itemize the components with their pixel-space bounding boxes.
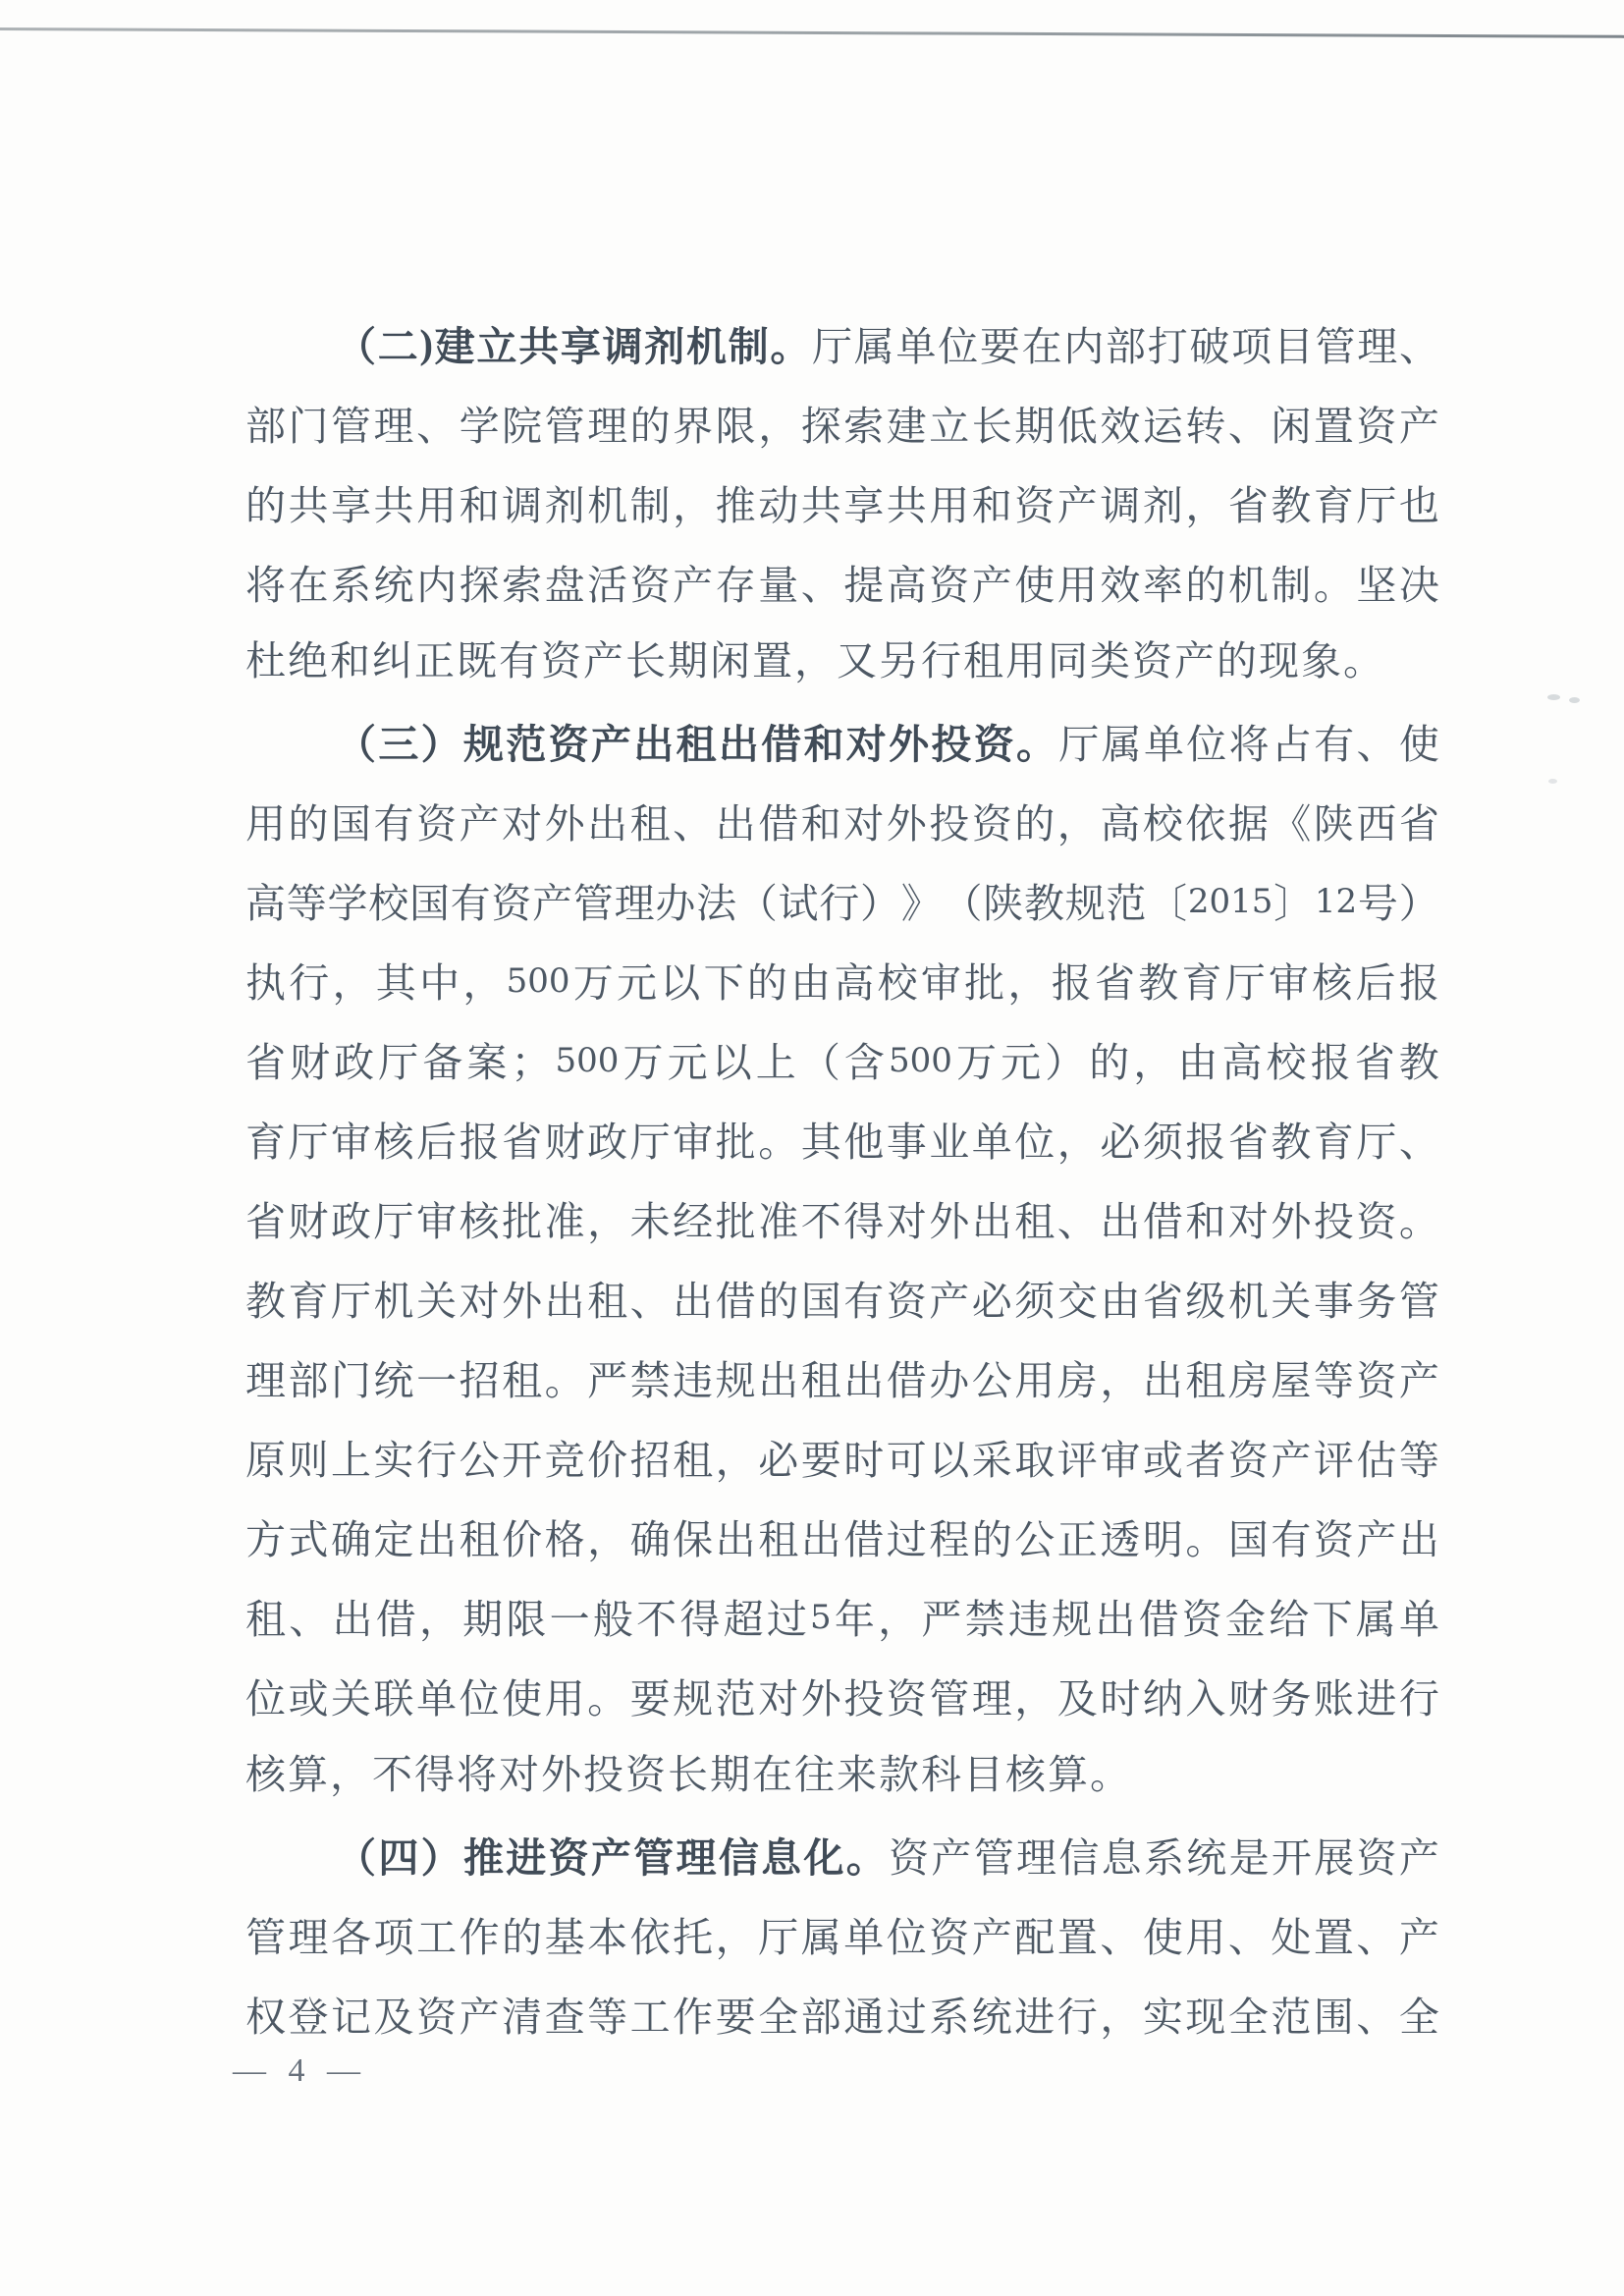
glyph: ， [878, 1587, 918, 1645]
glyph: 禁 [630, 1348, 671, 1406]
glyph: 共 [887, 473, 927, 531]
glyph: 范 [716, 1667, 756, 1724]
glyph: 和 [801, 792, 841, 849]
glyph: 全 [1228, 1985, 1269, 2043]
glyph: 后 [1356, 951, 1396, 1009]
glyph: 、 [1228, 1905, 1269, 1963]
glyph: 租 [677, 712, 717, 770]
glyph: 全 [758, 1985, 798, 2043]
glyph: 正 [1057, 1507, 1098, 1565]
glyph: ， [1133, 1030, 1173, 1088]
glyph: 息 [1102, 1826, 1142, 1884]
glyph: 理 [615, 871, 655, 929]
glyph: 规 [1065, 871, 1106, 929]
glyph: 理 [587, 394, 627, 452]
glyph: 管 [331, 394, 371, 452]
glyph: 用 [929, 473, 969, 531]
glyph: 借 [716, 1269, 756, 1327]
glyph: 、 [1399, 314, 1439, 372]
glyph: 下 [1313, 1587, 1353, 1645]
glyph: 投 [929, 792, 969, 849]
glyph: 则 [289, 1428, 329, 1486]
glyph: 严 [921, 1587, 961, 1645]
glyph: 价 [587, 1428, 627, 1486]
glyph: 价 [502, 1507, 542, 1565]
glyph: 校 [878, 951, 918, 1009]
glyph: 》 [901, 871, 942, 929]
glyph: 教 [1399, 1030, 1439, 1088]
glyph: 用 [1014, 1348, 1055, 1406]
glyph: 管 [1399, 1269, 1439, 1327]
glyph: 厅 [812, 314, 852, 372]
glyph: 政 [334, 1030, 374, 1088]
glyph: 时 [843, 1428, 884, 1486]
glyph: 出 [416, 1507, 457, 1565]
glyph: 息 [761, 1826, 801, 1884]
glyph: 置 [1314, 1905, 1354, 1963]
glyph: 育 [289, 1269, 329, 1327]
glyph: 准 [758, 1189, 798, 1247]
glyph: 学 [327, 871, 367, 929]
glyph: 租 [801, 1348, 841, 1406]
glyph: 属 [1102, 712, 1142, 770]
glyph: 核 [460, 1189, 500, 1247]
glyph: 借 [1143, 1189, 1183, 1247]
glyph: 期 [1014, 394, 1055, 452]
glyph: 等 [1399, 1428, 1439, 1486]
glyph: 要 [980, 314, 1020, 372]
glyph: 位 [1186, 712, 1226, 770]
glyph: 违 [673, 1348, 713, 1406]
glyph: 上 [331, 1428, 371, 1486]
glyph: 产 [591, 1826, 631, 1884]
glyph: 用 [1185, 1905, 1225, 1963]
glyph: 般 [593, 1587, 633, 1645]
glyph: 其 [376, 951, 416, 1009]
glyph: 、 [801, 553, 841, 611]
glyph: 制 [630, 473, 671, 531]
glyph: 批 [716, 1189, 756, 1247]
glyph: 执 [245, 951, 286, 1009]
glyph: 租 [1185, 1348, 1225, 1406]
text-line: 管理各项工作的基本依托，厅属单位资产配置、使用、处置、产 [245, 1894, 1439, 1974]
glyph: 教 [1271, 1110, 1311, 1168]
glyph: 院 [502, 394, 542, 452]
glyph: 由 [1177, 1030, 1218, 1088]
glyph: ） [1045, 1030, 1085, 1088]
glyph: 的 [245, 473, 286, 531]
glyph: 方 [245, 1507, 286, 1565]
glyph: 报 [460, 1110, 500, 1168]
glyph: 有 [843, 1269, 884, 1327]
glyph: 审 [1100, 1428, 1140, 1486]
glyph: 动 [758, 473, 798, 531]
glyph: 办 [655, 871, 695, 929]
glyph: 使 [1399, 712, 1439, 770]
glyph: 、 [630, 1269, 671, 1327]
glyph: 期 [462, 1587, 503, 1645]
glyph: 内 [1063, 314, 1104, 372]
glyph: 信 [1058, 1826, 1099, 1884]
glyph: 门 [331, 1348, 371, 1406]
glyph: 交 [1057, 1269, 1098, 1327]
glyph: 入 [1185, 1667, 1225, 1724]
glyph: 外 [1271, 1189, 1311, 1247]
glyph: 清 [502, 1985, 542, 2043]
glyph: ） [421, 1826, 461, 1884]
glyph: 资 [974, 712, 1014, 770]
glyph: 禁 [965, 1587, 1005, 1645]
glyph: 有 [451, 871, 491, 929]
glyph: 属 [1356, 1587, 1396, 1645]
glyph: 工 [416, 1905, 457, 1963]
glyph: 置 [1057, 1905, 1098, 1963]
glyph: 批 [502, 1189, 542, 1247]
glyph: 处 [1271, 1905, 1311, 1963]
glyph: 或 [289, 1667, 329, 1724]
text-line: 租、出借，期限一般不得超过5年，严禁违规出借资金给下属单 [245, 1576, 1439, 1656]
glyph: 省 [1228, 1110, 1269, 1168]
text-line: 权登记及资产清查等工作要全部通过系统进行，实现全范围、全 [245, 1974, 1439, 2053]
glyph: 时 [1100, 1667, 1140, 1724]
glyph: 在 [1022, 314, 1062, 372]
glyph: 程 [929, 1507, 969, 1565]
scan-edge-line [0, 27, 1624, 38]
glyph: 率 [1143, 553, 1183, 611]
document-text: （二)建立共享调剂机制。厅属单位要在内部打破项目管理、部门管理、学院管理的界限，… [245, 303, 1439, 2053]
glyph: 和 [803, 712, 843, 770]
glyph: 国 [801, 1269, 841, 1327]
glyph: 原 [245, 1428, 286, 1486]
text-line: 将在系统内探索盘活资产存量、提高资产使用效率的机制。坚决 [245, 542, 1439, 622]
glyph: 存 [716, 553, 756, 611]
glyph: ） [860, 871, 900, 929]
glyph: 账 [1314, 1667, 1354, 1724]
glyph: 资 [1014, 473, 1055, 531]
glyph: 、 [1357, 712, 1397, 770]
glyph: 国 [331, 792, 371, 849]
glyph: 评 [1314, 1428, 1354, 1486]
glyph: 级 [1185, 1269, 1225, 1327]
glyph: 事 [887, 1110, 927, 1168]
glyph: 出 [758, 1348, 798, 1406]
glyph: 统 [972, 1985, 1012, 2043]
glyph: 属 [854, 314, 894, 372]
glyph: 、 [1399, 1110, 1439, 1168]
glyph: 报 [1311, 1030, 1351, 1088]
glyph: 提 [843, 553, 884, 611]
glyph: ) [419, 320, 433, 367]
glyph: 省 [1355, 1030, 1395, 1088]
glyph: 出 [587, 792, 627, 849]
glyph: 他 [843, 1110, 884, 1168]
glyph: 高 [1221, 1030, 1262, 1088]
glyph: 招 [460, 1348, 500, 1406]
glyph: 借 [843, 1507, 884, 1565]
glyph: ， [1100, 1985, 1140, 2043]
glyph: 产 [1399, 1826, 1439, 1884]
glyph: 出 [545, 1269, 585, 1327]
glyph: 决 [1399, 553, 1439, 611]
glyph: 超 [724, 1587, 764, 1645]
glyph: 审 [1269, 951, 1309, 1009]
glyph: 资 [491, 871, 531, 929]
glyph: ， [758, 394, 798, 452]
glyph: 出 [716, 792, 756, 849]
glyph: 管 [633, 1826, 674, 1884]
glyph: 租 [630, 792, 671, 849]
glyph: 万 [623, 1030, 664, 1088]
glyph: 租 [245, 1587, 286, 1645]
glyph: 部 [1106, 314, 1146, 372]
glyph: 对 [887, 1189, 927, 1247]
glyph: 产 [1271, 1428, 1311, 1486]
glyph: 资 [1356, 1348, 1396, 1406]
glyph: 厅 [1356, 1110, 1396, 1168]
scan-smudge [1548, 779, 1557, 784]
glyph: 配 [1014, 1905, 1055, 1963]
glyph: 中 [419, 951, 460, 1009]
glyph: 万 [956, 1030, 997, 1088]
glyph: 借 [1139, 1587, 1179, 1645]
glyph: 依 [1185, 792, 1225, 849]
glyph: 依 [630, 1905, 671, 1963]
glyph: 对 [1228, 1189, 1269, 1247]
glyph: 开 [1272, 1826, 1312, 1884]
glyph: （ [336, 712, 376, 770]
glyph: 置 [1314, 394, 1354, 452]
glyph: 资 [929, 1905, 969, 1963]
glyph: 理 [1016, 1826, 1056, 1884]
glyph: 500 [556, 1041, 620, 1080]
glyph: 其 [801, 1110, 841, 1168]
glyph: 实 [1143, 1985, 1183, 2043]
glyph: 托 [673, 1905, 713, 1963]
glyph: 投 [1314, 1189, 1354, 1247]
glyph: 政 [587, 1110, 627, 1168]
glyph: 含 [844, 1030, 885, 1088]
glyph: 须 [1143, 1110, 1183, 1168]
glyph: 以 [929, 1428, 969, 1486]
glyph: 〕 [1273, 871, 1314, 929]
glyph: 理 [245, 1348, 286, 1406]
glyph: 省 [1399, 792, 1439, 849]
glyph: 审 [673, 1110, 713, 1168]
glyph: ， [1007, 951, 1048, 1009]
glyph: 核 [1312, 951, 1352, 1009]
glyph: 资 [630, 553, 671, 611]
glyph: 效 [1100, 553, 1140, 611]
glyph: 由 [1100, 1269, 1140, 1327]
glyph: 西 [1356, 792, 1396, 849]
glyph: 系 [929, 1985, 969, 2043]
glyph: 。 [545, 1348, 585, 1406]
glyph: 国 [1228, 1507, 1269, 1565]
glyph: ， [1100, 1348, 1140, 1406]
glyph: 行 [289, 951, 329, 1009]
glyph: 的 [1089, 1030, 1129, 1088]
glyph: 公 [1014, 1507, 1055, 1565]
glyph: 报 [1052, 951, 1092, 1009]
scan-smudge [1547, 694, 1560, 700]
glyph: 资 [889, 1826, 929, 1884]
glyph: 外 [929, 1189, 969, 1247]
glyph: 租 [1014, 1189, 1055, 1247]
glyph: 门 [289, 394, 329, 452]
glyph: 单 [843, 1905, 884, 1963]
glyph: 租 [460, 1507, 500, 1565]
glyph: 理 [374, 394, 414, 452]
text-line: 的共享共用和调剂机制，推动共享共用和资产调剂，省教育厅也 [245, 463, 1439, 542]
glyph: 规 [463, 712, 504, 770]
glyph: 范 [1271, 1985, 1311, 2043]
text-line: 用的国有资产对外出租、出借和对外投资的，高校依据《陕西省 [245, 781, 1439, 860]
glyph: 评 [1057, 1428, 1098, 1486]
glyph: 资 [929, 553, 969, 611]
glyph: 事 [1314, 1269, 1354, 1327]
glyph: 行 [1399, 1667, 1439, 1724]
glyph: 产 [460, 792, 500, 849]
glyph: 、 [1356, 1985, 1396, 2043]
glyph: 及 [1057, 1667, 1098, 1724]
glyph: 机 [587, 473, 627, 531]
glyph: （ [336, 1826, 376, 1884]
glyph: 。 [1185, 1507, 1225, 1565]
glyph: 批 [716, 1110, 756, 1168]
glyph: 育 [1314, 1110, 1354, 1168]
glyph: 出 [633, 712, 674, 770]
glyph: 投 [843, 1667, 884, 1724]
glyph: 开 [502, 1428, 542, 1486]
glyph: 使 [1143, 1905, 1183, 1963]
glyph: 500 [889, 1041, 952, 1080]
glyph: 。 [1314, 553, 1354, 611]
glyph: 厅 [1058, 712, 1099, 770]
glyph: 推 [463, 1826, 504, 1884]
glyph: 出 [1399, 1507, 1439, 1565]
glyph: ， [333, 951, 373, 1009]
glyph: 制 [729, 314, 769, 372]
glyph: 元 [668, 1030, 708, 1088]
glyph: 内 [416, 553, 457, 611]
glyph: 以 [660, 951, 700, 1009]
glyph: 单 [1144, 712, 1184, 770]
glyph: 围 [1314, 1985, 1354, 2043]
glyph: ， [673, 473, 713, 531]
glyph: 育 [245, 1110, 286, 1168]
glyph: 省 [502, 1110, 542, 1168]
glyph: 育 [1314, 473, 1354, 531]
glyph: 产 [1399, 1905, 1439, 1963]
glyph: 资 [1182, 1587, 1222, 1645]
glyph: 统 [374, 1348, 414, 1406]
glyph: 、 [1057, 1189, 1098, 1247]
glyph: 、 [673, 792, 713, 849]
glyph: 转 [1185, 394, 1225, 452]
glyph: 的 [747, 951, 787, 1009]
glyph: 理 [972, 1667, 1012, 1724]
glyph: 等 [587, 1985, 627, 2043]
glyph: 共 [518, 314, 559, 372]
glyph: 租 [587, 1269, 627, 1327]
glyph: 出 [719, 712, 759, 770]
glyph: 确 [630, 1507, 671, 1565]
glyph: 管 [573, 871, 614, 929]
glyph: 和 [1185, 1189, 1225, 1247]
glyph: 将 [1229, 712, 1270, 770]
glyph: 运 [1143, 394, 1183, 452]
glyph: 得 [843, 1189, 884, 1247]
glyph: 资 [1356, 1189, 1396, 1247]
glyph: 共 [289, 473, 329, 531]
text-line: 理部门统一招租。严禁违规出租出借办公用房，出租房屋等资产 [245, 1338, 1439, 1417]
glyph: 产 [931, 1826, 971, 1884]
glyph: 或 [1143, 1428, 1183, 1486]
glyph: 投 [931, 712, 971, 770]
glyph: 部 [289, 1348, 329, 1406]
glyph: 有 [1314, 712, 1354, 770]
glyph: 部 [245, 394, 286, 452]
glyph: 产 [532, 871, 572, 929]
glyph: 厅 [378, 1030, 418, 1088]
glyph: 产 [929, 1269, 969, 1327]
text-line: 教育厅机关对外出租、出借的国有资产必须交由省级机关事务管 [245, 1258, 1439, 1338]
glyph: 信 [719, 1826, 759, 1884]
glyph: 政 [331, 1189, 371, 1247]
glyph: 借 [376, 1587, 416, 1645]
glyph: 的 [1014, 792, 1055, 849]
glyph: 资 [1356, 394, 1396, 452]
glyph: 基 [545, 1905, 585, 1963]
glyph: 索 [502, 553, 542, 611]
glyph: 财 [289, 1189, 329, 1247]
glyph: 界 [673, 394, 713, 452]
glyph: 也 [1399, 473, 1439, 531]
glyph: 剂 [644, 314, 684, 372]
glyph: 房 [1228, 1348, 1269, 1406]
glyph: 省 [245, 1189, 286, 1247]
glyph: 审 [921, 951, 961, 1009]
glyph: 高 [1100, 792, 1140, 849]
glyph: 省 [1095, 951, 1135, 1009]
glyph: 不 [636, 1587, 677, 1645]
glyph: 剂 [545, 473, 585, 531]
glyph: 位 [938, 314, 978, 372]
glyph: 借 [758, 792, 798, 849]
glyph: 破 [1189, 314, 1229, 372]
glyph: 透 [1100, 1507, 1140, 1565]
glyph: 对 [502, 792, 542, 849]
glyph: 房 [1057, 1348, 1098, 1406]
glyph: 省 [1143, 1269, 1183, 1327]
glyph: （ [336, 314, 376, 372]
glyph: 要 [716, 1985, 756, 2043]
glyph: 机 [686, 314, 727, 372]
glyph: 联 [374, 1667, 414, 1724]
glyph: 各 [331, 1905, 371, 1963]
glyph: 管 [245, 1905, 286, 1963]
glyph: 外 [545, 792, 585, 849]
text-line: 位或关联单位使用。要规范对外投资管理，及时纳入财务账进行 [245, 1656, 1439, 1735]
glyph: 资 [887, 1269, 927, 1327]
glyph: 过 [887, 1507, 927, 1565]
glyph: 违 [1008, 1587, 1049, 1645]
glyph: 校 [1267, 1030, 1307, 1088]
glyph: 占 [1272, 712, 1312, 770]
glyph: 三 [378, 712, 418, 770]
glyph: 资 [972, 792, 1012, 849]
glyph: 的 [502, 1905, 542, 1963]
